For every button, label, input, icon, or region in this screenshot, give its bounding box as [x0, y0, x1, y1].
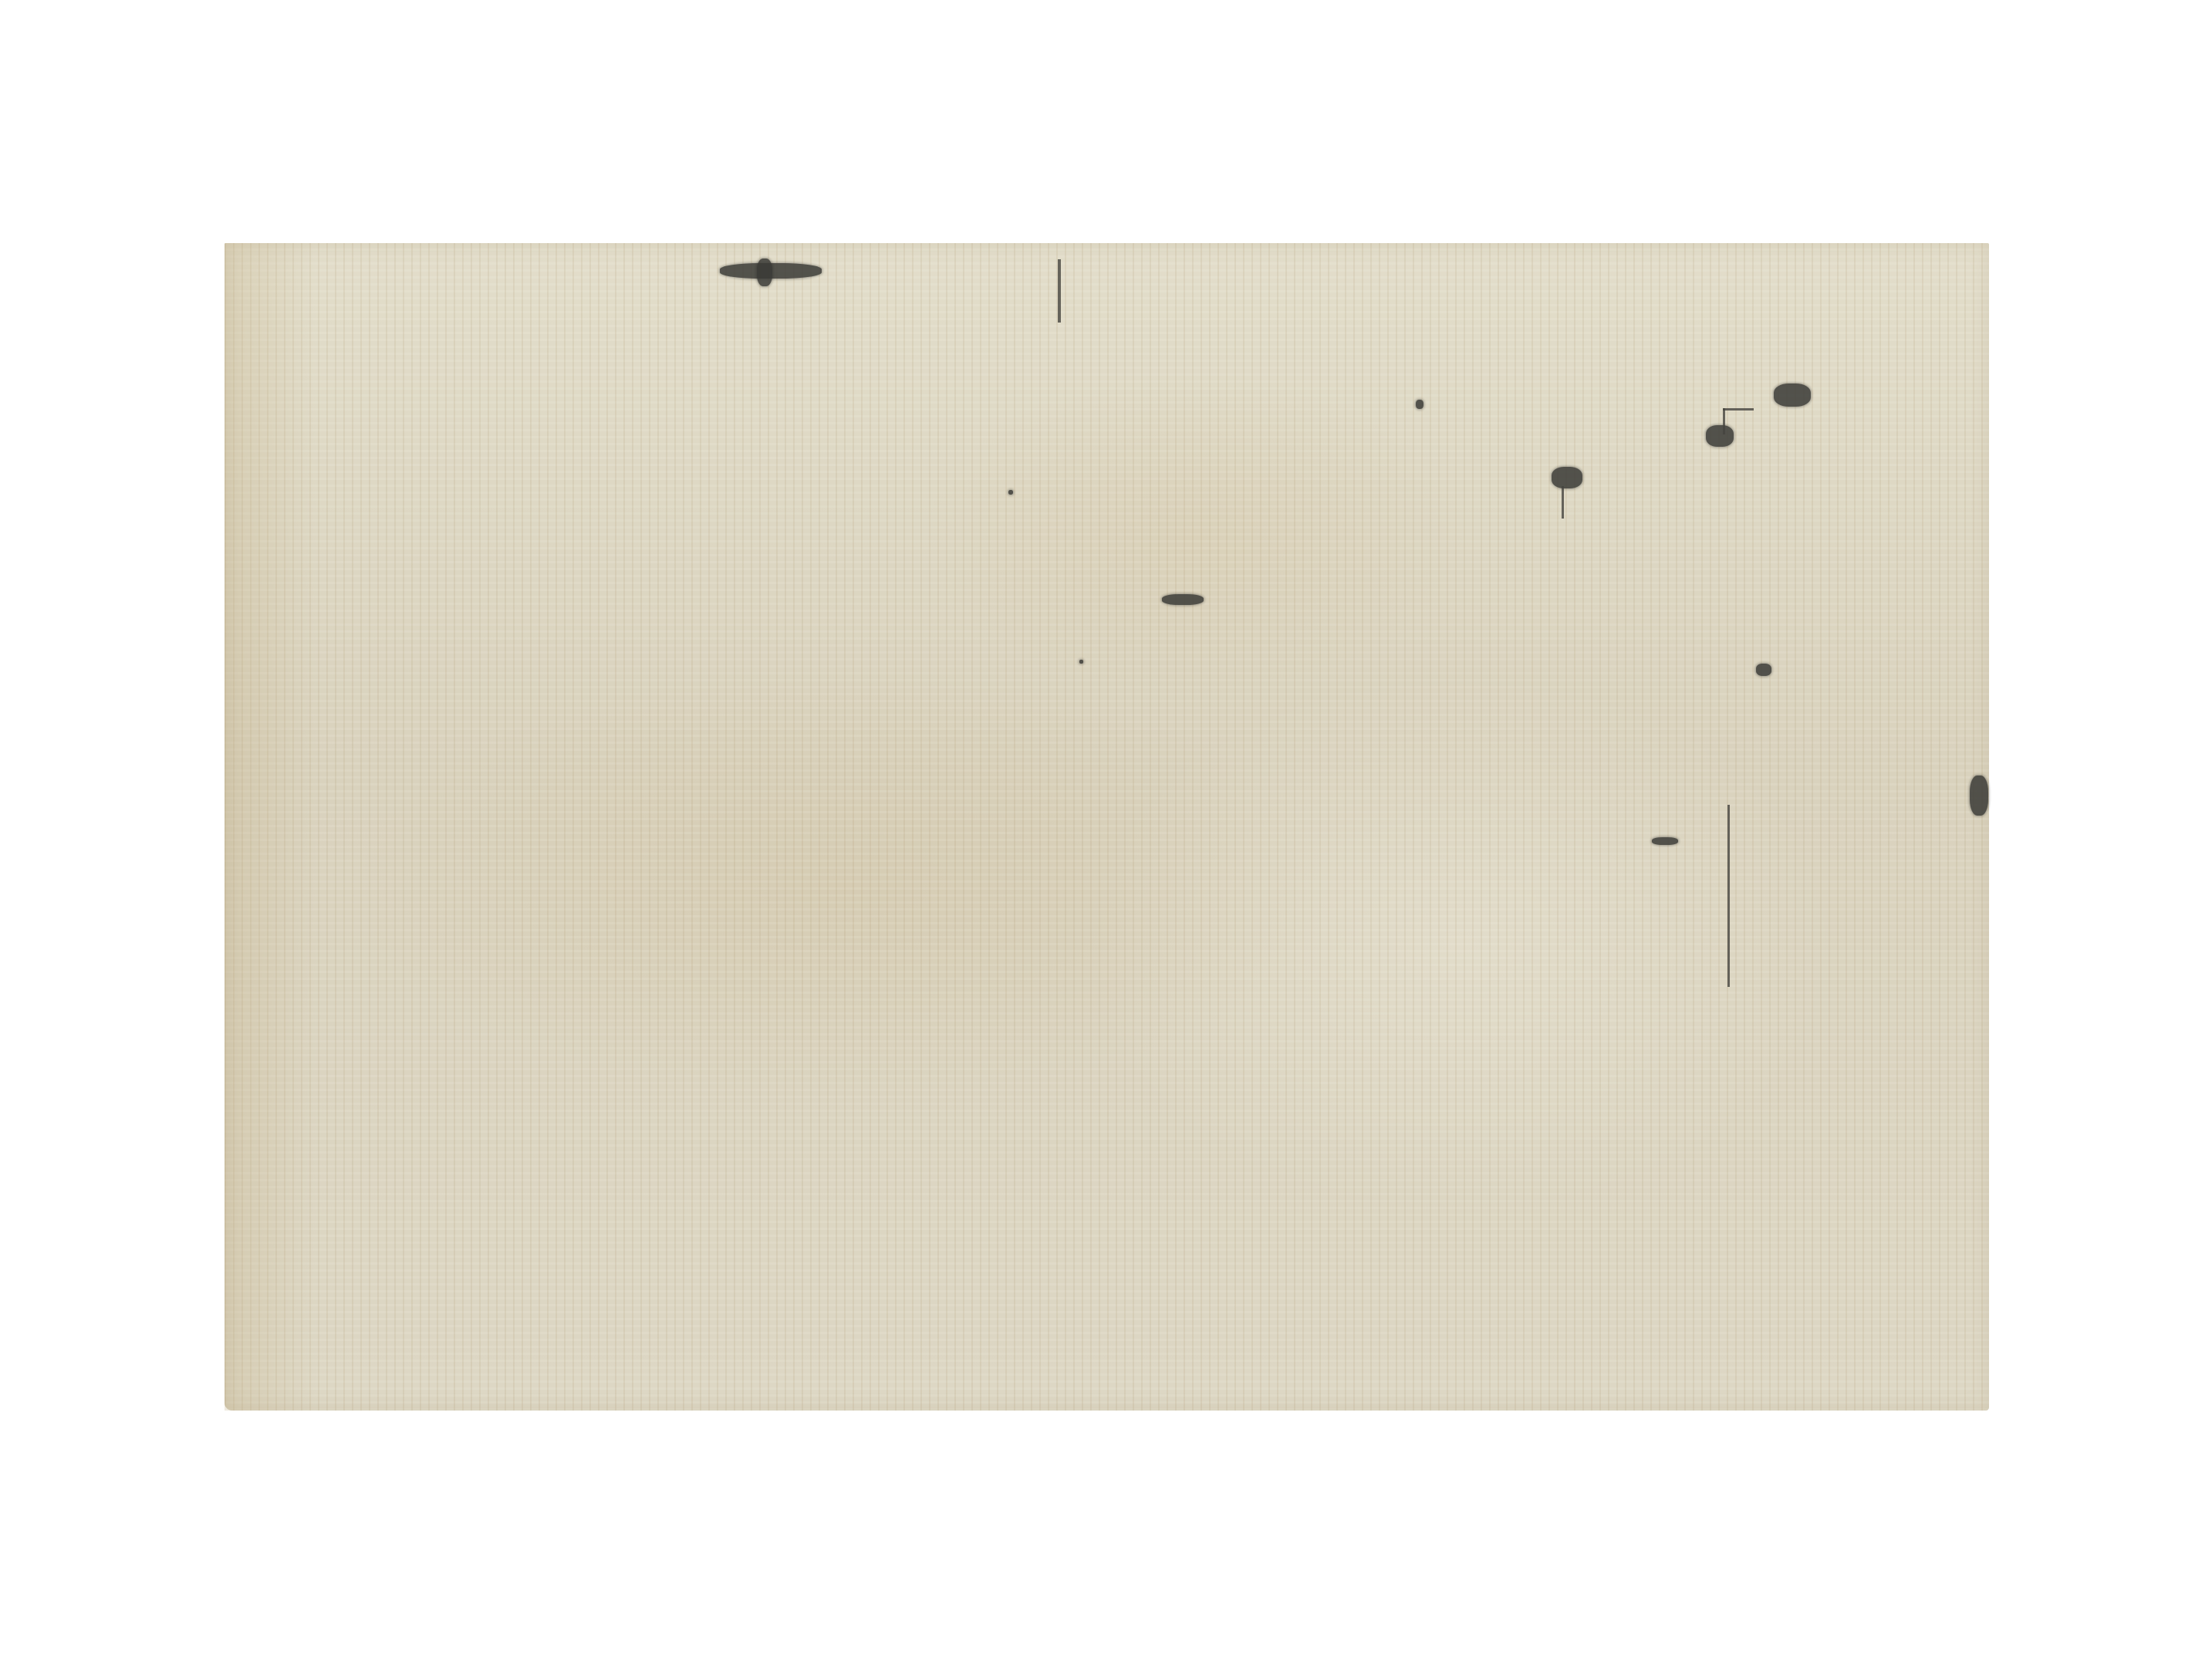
accent-line — [1562, 486, 1564, 519]
accent-mark — [757, 258, 772, 286]
accent-mark — [1552, 467, 1582, 488]
accent-mark — [1706, 425, 1734, 447]
accent-line — [1723, 408, 1725, 434]
accent-mark — [1162, 594, 1204, 605]
accent-mark — [1079, 660, 1083, 664]
rug — [225, 243, 1989, 1411]
accent-mark — [1970, 775, 1988, 816]
accent-mark — [1756, 664, 1771, 676]
accent-mark — [1652, 837, 1678, 845]
accent-mark — [1008, 490, 1013, 495]
accent-mark — [1416, 400, 1423, 409]
accent-line — [1058, 259, 1061, 323]
accent-line — [1727, 805, 1730, 987]
rug-edge-shading — [225, 243, 317, 1411]
accent-line — [1723, 408, 1754, 411]
accent-mark — [1774, 383, 1811, 407]
